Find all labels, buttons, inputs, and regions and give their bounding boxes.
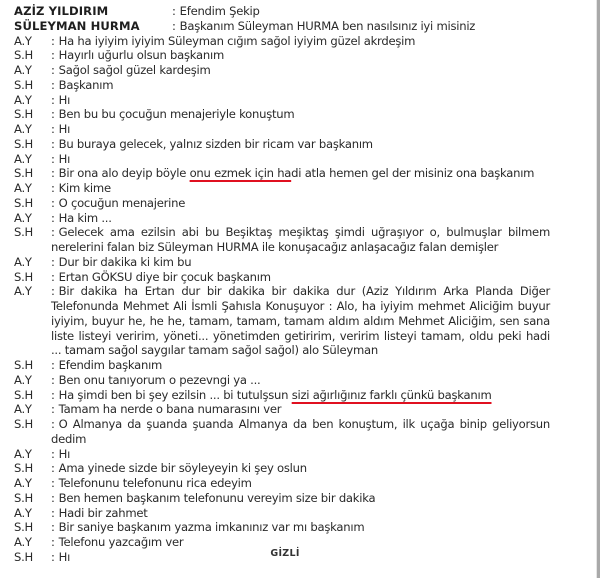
dialogue-line: S.H:Hayırlı uğurlu olsun başkanım	[14, 48, 550, 63]
highlighted-phrase: sizi ağırlığınız farklı çünkü başkanım	[292, 388, 492, 402]
separator: :	[51, 107, 55, 121]
header-speaker-text: Başkanım Süleyman HURMA ben nasılsınız i…	[180, 19, 475, 33]
dialogue-line: A.Y:Ha kim ...	[14, 211, 550, 226]
speaker-label: S.H	[14, 48, 51, 63]
header-speaker-text: Efendim Şekip	[180, 4, 260, 18]
dialogue-line: A.Y:Ha ha iyiyim iyiyim Süleyman cığım s…	[14, 34, 550, 49]
speaker-label: A.Y	[14, 476, 51, 491]
dialogue-line: A.Y:Ben onu tanıyorum o pezevngi ya ...	[14, 373, 550, 388]
separator: :	[51, 34, 55, 48]
speaker-label: S.H	[14, 225, 51, 240]
speaker-label: S.H	[14, 491, 51, 506]
line-text: :Hı	[51, 152, 550, 167]
header-speaker-name: SÜLEYMAN HURMA	[14, 19, 172, 34]
speaker-label: A.Y	[14, 447, 51, 462]
separator: :	[51, 122, 55, 136]
dialogue-line: A.Y:Telefonunu telefonunu rica edeyim	[14, 476, 550, 491]
separator: :	[51, 461, 55, 475]
speaker-label: S.H	[14, 417, 51, 432]
separator: :	[51, 225, 55, 239]
highlighted-phrase: onu ezmek için ha	[190, 166, 292, 180]
line-text: :Efendim başkanım	[51, 358, 550, 373]
classification-footer: GİZLİ	[0, 548, 570, 559]
speaker-label: A.Y	[14, 284, 51, 299]
separator: :	[51, 358, 55, 372]
line-text: :Ha şimdi ben bi şey ezilsin ... bi tutu…	[51, 388, 550, 403]
speaker-label: S.H	[14, 137, 51, 152]
dialogue-line: S.H:Gelecek ama ezilsin abi bu Beşiktaş …	[14, 225, 550, 255]
line-text: :Hı	[51, 93, 550, 108]
speaker-label: S.H	[14, 107, 51, 122]
separator: :	[51, 506, 55, 520]
separator: :	[51, 491, 55, 505]
speaker-label: S.H	[14, 461, 51, 476]
page-edge	[596, 0, 600, 578]
line-text: :Hayırlı uğurlu olsun başkanım	[51, 48, 550, 63]
separator: :	[51, 48, 55, 62]
header-row: AZİZ YILDIRIM :Efendim Şekip	[14, 4, 550, 19]
line-text: :Telefonunu telefonunu rica edeyim	[51, 476, 550, 491]
separator: :	[51, 211, 55, 225]
line-text: :Ben onu tanıyorum o pezevngi ya ...	[51, 373, 550, 388]
separator: :	[172, 4, 176, 18]
line-text: :Hı	[51, 122, 550, 137]
speaker-label: S.H	[14, 358, 51, 373]
line-text: :Sağol sağol güzel kardeşim	[51, 63, 550, 78]
dialogue-line: S.H:Efendim başkanım	[14, 358, 550, 373]
dialogue-line: A.Y:Sağol sağol güzel kardeşim	[14, 63, 550, 78]
speaker-label: A.Y	[14, 122, 51, 137]
separator: :	[51, 196, 55, 210]
header-speaker-name: AZİZ YILDIRIM	[14, 4, 172, 19]
separator: :	[51, 152, 55, 166]
dialogue-line: A.Y:Hı	[14, 122, 550, 137]
separator: :	[51, 270, 55, 284]
line-text: :Ha ha iyiyim iyiyim Süleyman cığım sağo…	[51, 34, 550, 49]
dialogue-line: A.Y:Hı	[14, 447, 550, 462]
line-text: :Ertan GÖKSU diye bir çocuk başkanım	[51, 270, 550, 285]
dialogue-line: A.Y:Bir dakika ha Ertan dur bir dakika b…	[14, 284, 550, 358]
dialogue-line: S.H:Bir ona alo deyip böyle onu ezmek iç…	[14, 166, 550, 181]
line-text: :Ama yinede sizde bir söyleyeyin ki şey …	[51, 461, 550, 476]
separator: :	[51, 373, 55, 387]
dialogue-line: A.Y:Hı	[14, 93, 550, 108]
line-text: :Ben hemen başkanım telefonunu vereyim s…	[51, 491, 550, 506]
line-text: :Bir ona alo deyip böyle onu ezmek için …	[51, 166, 550, 181]
dialogue-line: S.H:Bir saniye başkanım yazma imkanınız …	[14, 520, 550, 535]
dialogue-line: S.H:Ama yinede sizde bir söyleyeyin ki ş…	[14, 461, 550, 476]
separator: :	[51, 447, 55, 461]
dialogue-line: A.Y:Dur bir dakika ki kim bu	[14, 255, 550, 270]
speaker-label: S.H	[14, 196, 51, 211]
dialogue-line: S.H:Bu buraya gelecek, yalnız sizden bir…	[14, 137, 550, 152]
dialogue-lines: A.Y:Ha ha iyiyim iyiyim Süleyman cığım s…	[14, 34, 550, 565]
speaker-label: S.H	[14, 78, 51, 93]
dialogue-line: A.Y:Kim kime	[14, 181, 550, 196]
line-text: :Gelecek ama ezilsin abi bu Beşiktaş meş…	[51, 225, 550, 255]
line-text: :Başkanım	[51, 78, 550, 93]
dialogue-line: A.Y:Hadi bir zahmet	[14, 506, 550, 521]
line-text: :Ha kim ...	[51, 211, 550, 226]
speaker-label: A.Y	[14, 506, 51, 521]
dialogue-line: A.Y:Tamam ha nerde o bana numarasını ver	[14, 402, 550, 417]
dialogue-line: S.H:Ben bu bu çocuğun menajeriyle konuşt…	[14, 107, 550, 122]
separator: :	[51, 402, 55, 416]
speaker-label: A.Y	[14, 402, 51, 417]
separator: :	[172, 19, 176, 33]
line-text: :O Almanya da şuanda şuanda Almanya da b…	[51, 417, 550, 447]
separator: :	[51, 417, 55, 431]
separator: :	[51, 388, 55, 402]
speaker-label: A.Y	[14, 34, 51, 49]
separator: :	[51, 181, 55, 195]
line-text: :Bu buraya gelecek, yalnız sizden bir ri…	[51, 137, 550, 152]
dialogue-line: S.H:O çocuğun menajerine	[14, 196, 550, 211]
line-text: :Ben bu bu çocuğun menajeriyle konuştum	[51, 107, 550, 122]
speaker-label: A.Y	[14, 63, 51, 78]
separator: :	[51, 63, 55, 77]
dialogue-line: S.H:O Almanya da şuanda şuanda Almanya d…	[14, 417, 550, 447]
speaker-label: A.Y	[14, 373, 51, 388]
line-text: :Bir dakika ha Ertan dur bir dakika bir …	[51, 284, 550, 358]
separator: :	[51, 284, 55, 298]
separator: :	[51, 78, 55, 92]
speaker-label: A.Y	[14, 255, 51, 270]
dialogue-line: S.H:Başkanım	[14, 78, 550, 93]
line-text: :Kim kime	[51, 181, 550, 196]
speaker-label: A.Y	[14, 181, 51, 196]
separator: :	[51, 535, 55, 549]
transcript: AZİZ YILDIRIM :Efendim Şekip SÜLEYMAN HU…	[14, 4, 550, 565]
separator: :	[51, 137, 55, 151]
speaker-label: A.Y	[14, 211, 51, 226]
header-row: SÜLEYMAN HURMA :Başkanım Süleyman HURMA …	[14, 19, 550, 34]
line-text: :Tamam ha nerde o bana numarasını ver	[51, 402, 550, 417]
separator: :	[51, 520, 55, 534]
speaker-label: A.Y	[14, 93, 51, 108]
speaker-label: S.H	[14, 520, 51, 535]
dialogue-line: S.H:Ben hemen başkanım telefonunu vereyi…	[14, 491, 550, 506]
line-text: :Hı	[51, 447, 550, 462]
dialogue-line: S.H:Ha şimdi ben bi şey ezilsin ... bi t…	[14, 388, 550, 403]
separator: :	[51, 166, 55, 180]
speaker-label: S.H	[14, 388, 51, 403]
line-text: :Bir saniye başkanım yazma imkanınız var…	[51, 520, 550, 535]
dialogue-line: S.H:Ertan GÖKSU diye bir çocuk başkanım	[14, 270, 550, 285]
dialogue-line: A.Y:Hı	[14, 152, 550, 167]
line-text: :Dur bir dakika ki kim bu	[51, 255, 550, 270]
line-text: :O çocuğun menajerine	[51, 196, 550, 211]
speaker-label: A.Y	[14, 152, 51, 167]
separator: :	[51, 476, 55, 490]
document-page: AZİZ YILDIRIM :Efendim Şekip SÜLEYMAN HU…	[0, 0, 596, 578]
separator: :	[51, 93, 55, 107]
separator: :	[51, 255, 55, 269]
speaker-label: S.H	[14, 166, 51, 181]
speaker-label: S.H	[14, 270, 51, 285]
line-text: :Hadi bir zahmet	[51, 506, 550, 521]
